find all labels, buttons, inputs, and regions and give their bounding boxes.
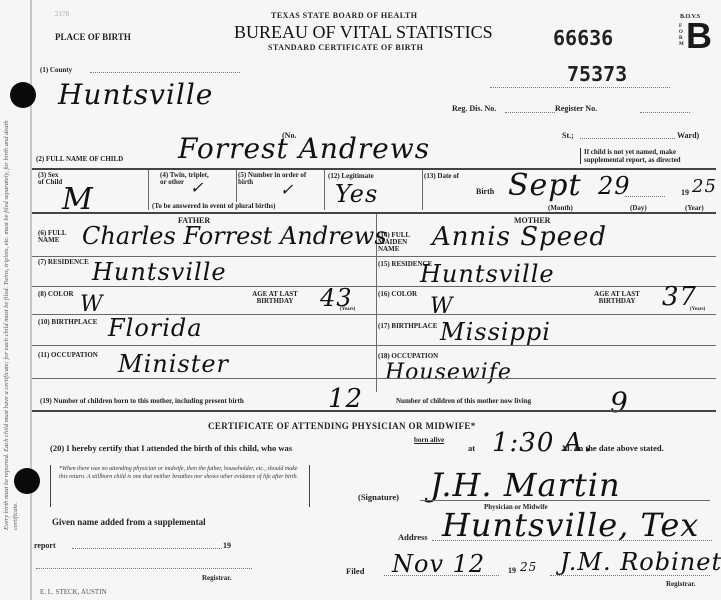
- dob-label: (13) Date of: [424, 172, 459, 180]
- twin-value: ✓: [190, 178, 204, 197]
- divider: [148, 170, 149, 210]
- children-living-label: Number of children of this mother now li…: [396, 397, 531, 405]
- form-badge-side: FORM: [679, 24, 685, 48]
- punch-hole-top: [10, 82, 36, 108]
- divider: [32, 256, 376, 257]
- father-occupation-value: Minister: [118, 350, 229, 378]
- registrar-line-right: [550, 575, 710, 576]
- corner-number: 2178: [55, 10, 69, 18]
- supplemental-label: Given name added from a supplemental: [52, 517, 206, 527]
- divider: [376, 378, 716, 379]
- order-label: (5) Number in order of birth: [238, 172, 318, 186]
- filed-label: Filed: [346, 566, 364, 576]
- day-label: (Day): [630, 204, 647, 212]
- father-birthplace-label: (10) BIRTHPLACE: [38, 318, 97, 326]
- month-label: (Month): [548, 204, 573, 212]
- registrar-line-left: [36, 568, 252, 569]
- registrar-signature: J.M. Robinett: [560, 548, 721, 576]
- county-value: Huntsville: [58, 78, 213, 111]
- father-age-label: AGE AT LAST BIRTHDAY: [240, 291, 310, 305]
- address-line: [432, 540, 712, 541]
- plural-note: (To be answered in event of plural birth…: [152, 202, 275, 210]
- sex-label: (3) Sex of Child: [38, 172, 64, 186]
- father-occupation-label: (11) OCCUPATION: [38, 351, 98, 359]
- certificate-subtitle: STANDARD CERTIFICATE OF BIRTH: [268, 43, 423, 52]
- filed-date: Nov 12: [392, 550, 485, 578]
- filed-year-prefix: 19: [508, 566, 516, 575]
- father-residence-label: (7) RESIDENCE: [38, 258, 89, 266]
- reg-dis-label: Reg. Dis. No.: [452, 104, 496, 113]
- birth-year: 25: [692, 176, 717, 197]
- punch-hole-bottom: [14, 468, 40, 494]
- father-name-value: Charles Forrest Andrews: [82, 222, 387, 250]
- child-name-value: Forrest Andrews: [178, 132, 430, 165]
- st-line: [580, 138, 675, 139]
- birth-certificate: Every birth must be reported. Each child…: [0, 0, 721, 600]
- mother-color-value: W: [430, 294, 454, 319]
- filed-line: [384, 575, 499, 576]
- divider: [422, 170, 423, 210]
- divider: [236, 170, 237, 202]
- stamp-number-2: 75373: [567, 62, 627, 86]
- mother-age-unit: (Years): [690, 307, 705, 312]
- order-value: ✓: [280, 180, 294, 199]
- birth-label: Birth: [476, 187, 494, 196]
- ward-label: Ward): [677, 131, 699, 140]
- divider: [32, 168, 716, 170]
- divider: [376, 345, 716, 346]
- mother-color-label: (16) COLOR: [378, 290, 417, 298]
- registrar-label-right: Registrar.: [666, 580, 695, 588]
- mother-birthplace-value: Missippi: [440, 318, 551, 346]
- mother-occupation-value: Housewife: [385, 360, 512, 385]
- register-label: Register No.: [555, 104, 597, 113]
- mother-name-value: Annis Speed: [432, 222, 607, 252]
- report-year-prefix: 19: [223, 541, 231, 550]
- divider: [32, 410, 716, 412]
- filed-year: 25: [520, 560, 537, 574]
- legit-value: Yes: [335, 180, 378, 208]
- mother-name-label: (14) FULL MAIDEN NAME: [378, 232, 422, 253]
- father-birthplace-value: Florida: [108, 314, 203, 342]
- mother-birthplace-label: (17) BIRTHPLACE: [378, 322, 437, 330]
- margin-vertical-note: Every birth must be reported. Each child…: [2, 110, 26, 530]
- father-age-unit: (Years): [340, 307, 355, 312]
- year-label: (Year): [685, 204, 704, 212]
- divider: [32, 345, 376, 346]
- born-alive-label: born alive: [414, 436, 444, 444]
- report-label: report: [34, 541, 56, 550]
- st-label: St.;: [562, 131, 574, 140]
- place-of-birth-label: PLACE OF BIRTH: [55, 32, 131, 42]
- divider: [376, 314, 716, 315]
- certificate-heading: CERTIFICATE OF ATTENDING PHYSICIAN OR MI…: [208, 421, 476, 431]
- certificate-statement-start: (20) I hereby certify that I attended th…: [50, 443, 292, 453]
- mother-age-label: AGE AT LAST BIRTHDAY: [582, 291, 652, 305]
- birth-month: Sept: [508, 168, 582, 203]
- address-value: Huntsville, Tex: [442, 506, 699, 544]
- children-living-value: 9: [610, 386, 629, 419]
- report-line: [72, 548, 222, 549]
- divider: [32, 378, 376, 379]
- form-badge: B.O.V.S FORM B: [670, 14, 714, 56]
- form-badge-letter: B: [686, 18, 712, 54]
- county-label: (1) County: [40, 66, 72, 74]
- day-line: [625, 196, 665, 197]
- year-prefix: 19: [681, 188, 689, 197]
- at-label: at: [468, 443, 475, 453]
- certificate-statement-end: M. on the date above stated.: [562, 443, 664, 453]
- bureau-title: BUREAU OF VITAL STATISTICS: [234, 22, 493, 43]
- physician-signature: J.H. Martin: [430, 466, 621, 504]
- divider: [32, 212, 716, 214]
- child-name-label: (2) FULL NAME OF CHILD: [36, 155, 123, 163]
- father-color-label: (8) COLOR: [38, 290, 74, 298]
- not-named-note: If child is not yet named, make suppleme…: [580, 148, 712, 164]
- divider: [32, 314, 376, 315]
- father-name-label: (6) FULL NAME: [38, 230, 74, 244]
- divider: [324, 170, 325, 210]
- county-line: [90, 72, 240, 73]
- printer-mark: E. L. STECK, AUSTIN: [40, 588, 107, 596]
- register-line: [640, 112, 690, 113]
- mother-occupation-label: (18) OCCUPATION: [378, 352, 438, 360]
- divider: [376, 256, 716, 257]
- board-title: TEXAS STATE BOARD OF HEALTH: [271, 11, 417, 20]
- twin-label: (4) Twin, triplet, or other: [160, 172, 215, 186]
- stamp-number-1: 66636: [553, 26, 613, 50]
- legit-label: (12) Legitimate: [328, 172, 374, 180]
- signature-line: [420, 500, 710, 501]
- father-residence-value: Huntsville: [92, 258, 227, 286]
- registrar-label-left: Registrar.: [202, 574, 231, 582]
- stamp-underline: [490, 87, 670, 88]
- reg-dis-line: [505, 112, 555, 113]
- stillborn-note: *When there was no attending physician o…: [50, 465, 310, 507]
- mother-residence-value: Huntsville: [420, 260, 555, 288]
- children-born-label: (19) Number of children born to this mot…: [40, 397, 244, 405]
- address-label: Address: [398, 532, 428, 542]
- signature-label: (Signature): [358, 492, 399, 502]
